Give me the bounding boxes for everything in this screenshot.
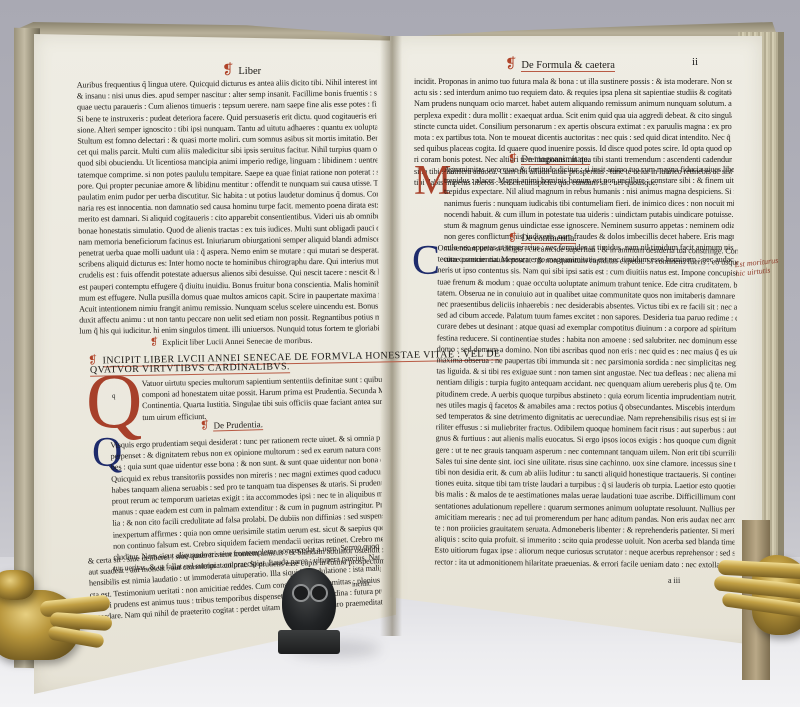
owl-book-base [278, 630, 340, 654]
text-line: stincte cuncta uidet. Consilium personar… [414, 121, 732, 132]
text-line: Nam prudens nunquam ocio marcet. habet a… [414, 98, 732, 109]
paragraph-mark-icon: ❡ [200, 420, 210, 432]
text-line: mota : ex partibus tota. Non te moueat d… [414, 132, 732, 143]
prudentia-heading: ❡ De Prudentia. [200, 417, 263, 432]
text-line: rector : ita ut admonitionem hilaritate … [434, 556, 734, 570]
photo-scene: ❡ Liber Auribus frequentius q̃ lingua ut… [0, 0, 800, 707]
right-running-head: ❡ De Formula & caetera [505, 56, 615, 73]
text-line: actu sis : sed interdum animo tuo requie… [414, 87, 732, 98]
text-line: nocendi habuit. & cum illum in potestate… [444, 209, 734, 220]
owl-eye-right [310, 584, 328, 602]
text-line: incidit. Proponas in animo tuo futura ma… [414, 76, 732, 87]
continentia-heading: ❡ De continentia. [508, 231, 576, 244]
guide-letter: q [112, 392, 116, 400]
continentia-text-block: Ontinentiam uero si diligis : circumcide… [434, 242, 737, 575]
left-running-head: ❡ Liber [222, 62, 261, 79]
explicit-line: ❡ Explicit liber Lucii Annei Senecae de … [150, 335, 312, 348]
folio-number: ii [692, 56, 698, 68]
paragraph-mark-icon: ❡ [222, 63, 234, 78]
red-initial-q-icon: Q [86, 362, 142, 440]
text-line: nanimus fueris : nunquam iudicabis tibi … [444, 198, 734, 209]
owl-figurine [278, 568, 340, 656]
paragraph-mark-icon: ❡ [505, 57, 517, 72]
text-line: perplexa expedit : dura mollit : exaequa… [414, 110, 732, 121]
paragraph-mark-icon: ❡ [508, 232, 517, 244]
catchword: incidit. [352, 579, 372, 588]
text-line: stum & magnum genus uindictae esse ignos… [444, 220, 734, 231]
owl-body [282, 568, 336, 636]
owl-eye-left [292, 584, 310, 602]
text-line: trepidus expectare. Nil aliud magnum in … [444, 186, 734, 197]
blue-initial-c-icon: C [412, 240, 440, 282]
signature-mark: a iii [668, 576, 680, 585]
text-line: trepidus : alacer. Magni animi hominis b… [444, 175, 734, 186]
brass-wrist-left [0, 570, 34, 600]
text-line: non geres conflictum nisi indixeris. nam… [444, 231, 734, 242]
text-line: Agnanimitas uero quae & fortitudo dicitu… [444, 164, 734, 175]
book-gutter [380, 36, 402, 636]
paragraph-mark-icon: ❡ [150, 337, 159, 348]
left-text-block: Auribus frequentius q̃ lingua utere. Qui… [77, 76, 380, 339]
